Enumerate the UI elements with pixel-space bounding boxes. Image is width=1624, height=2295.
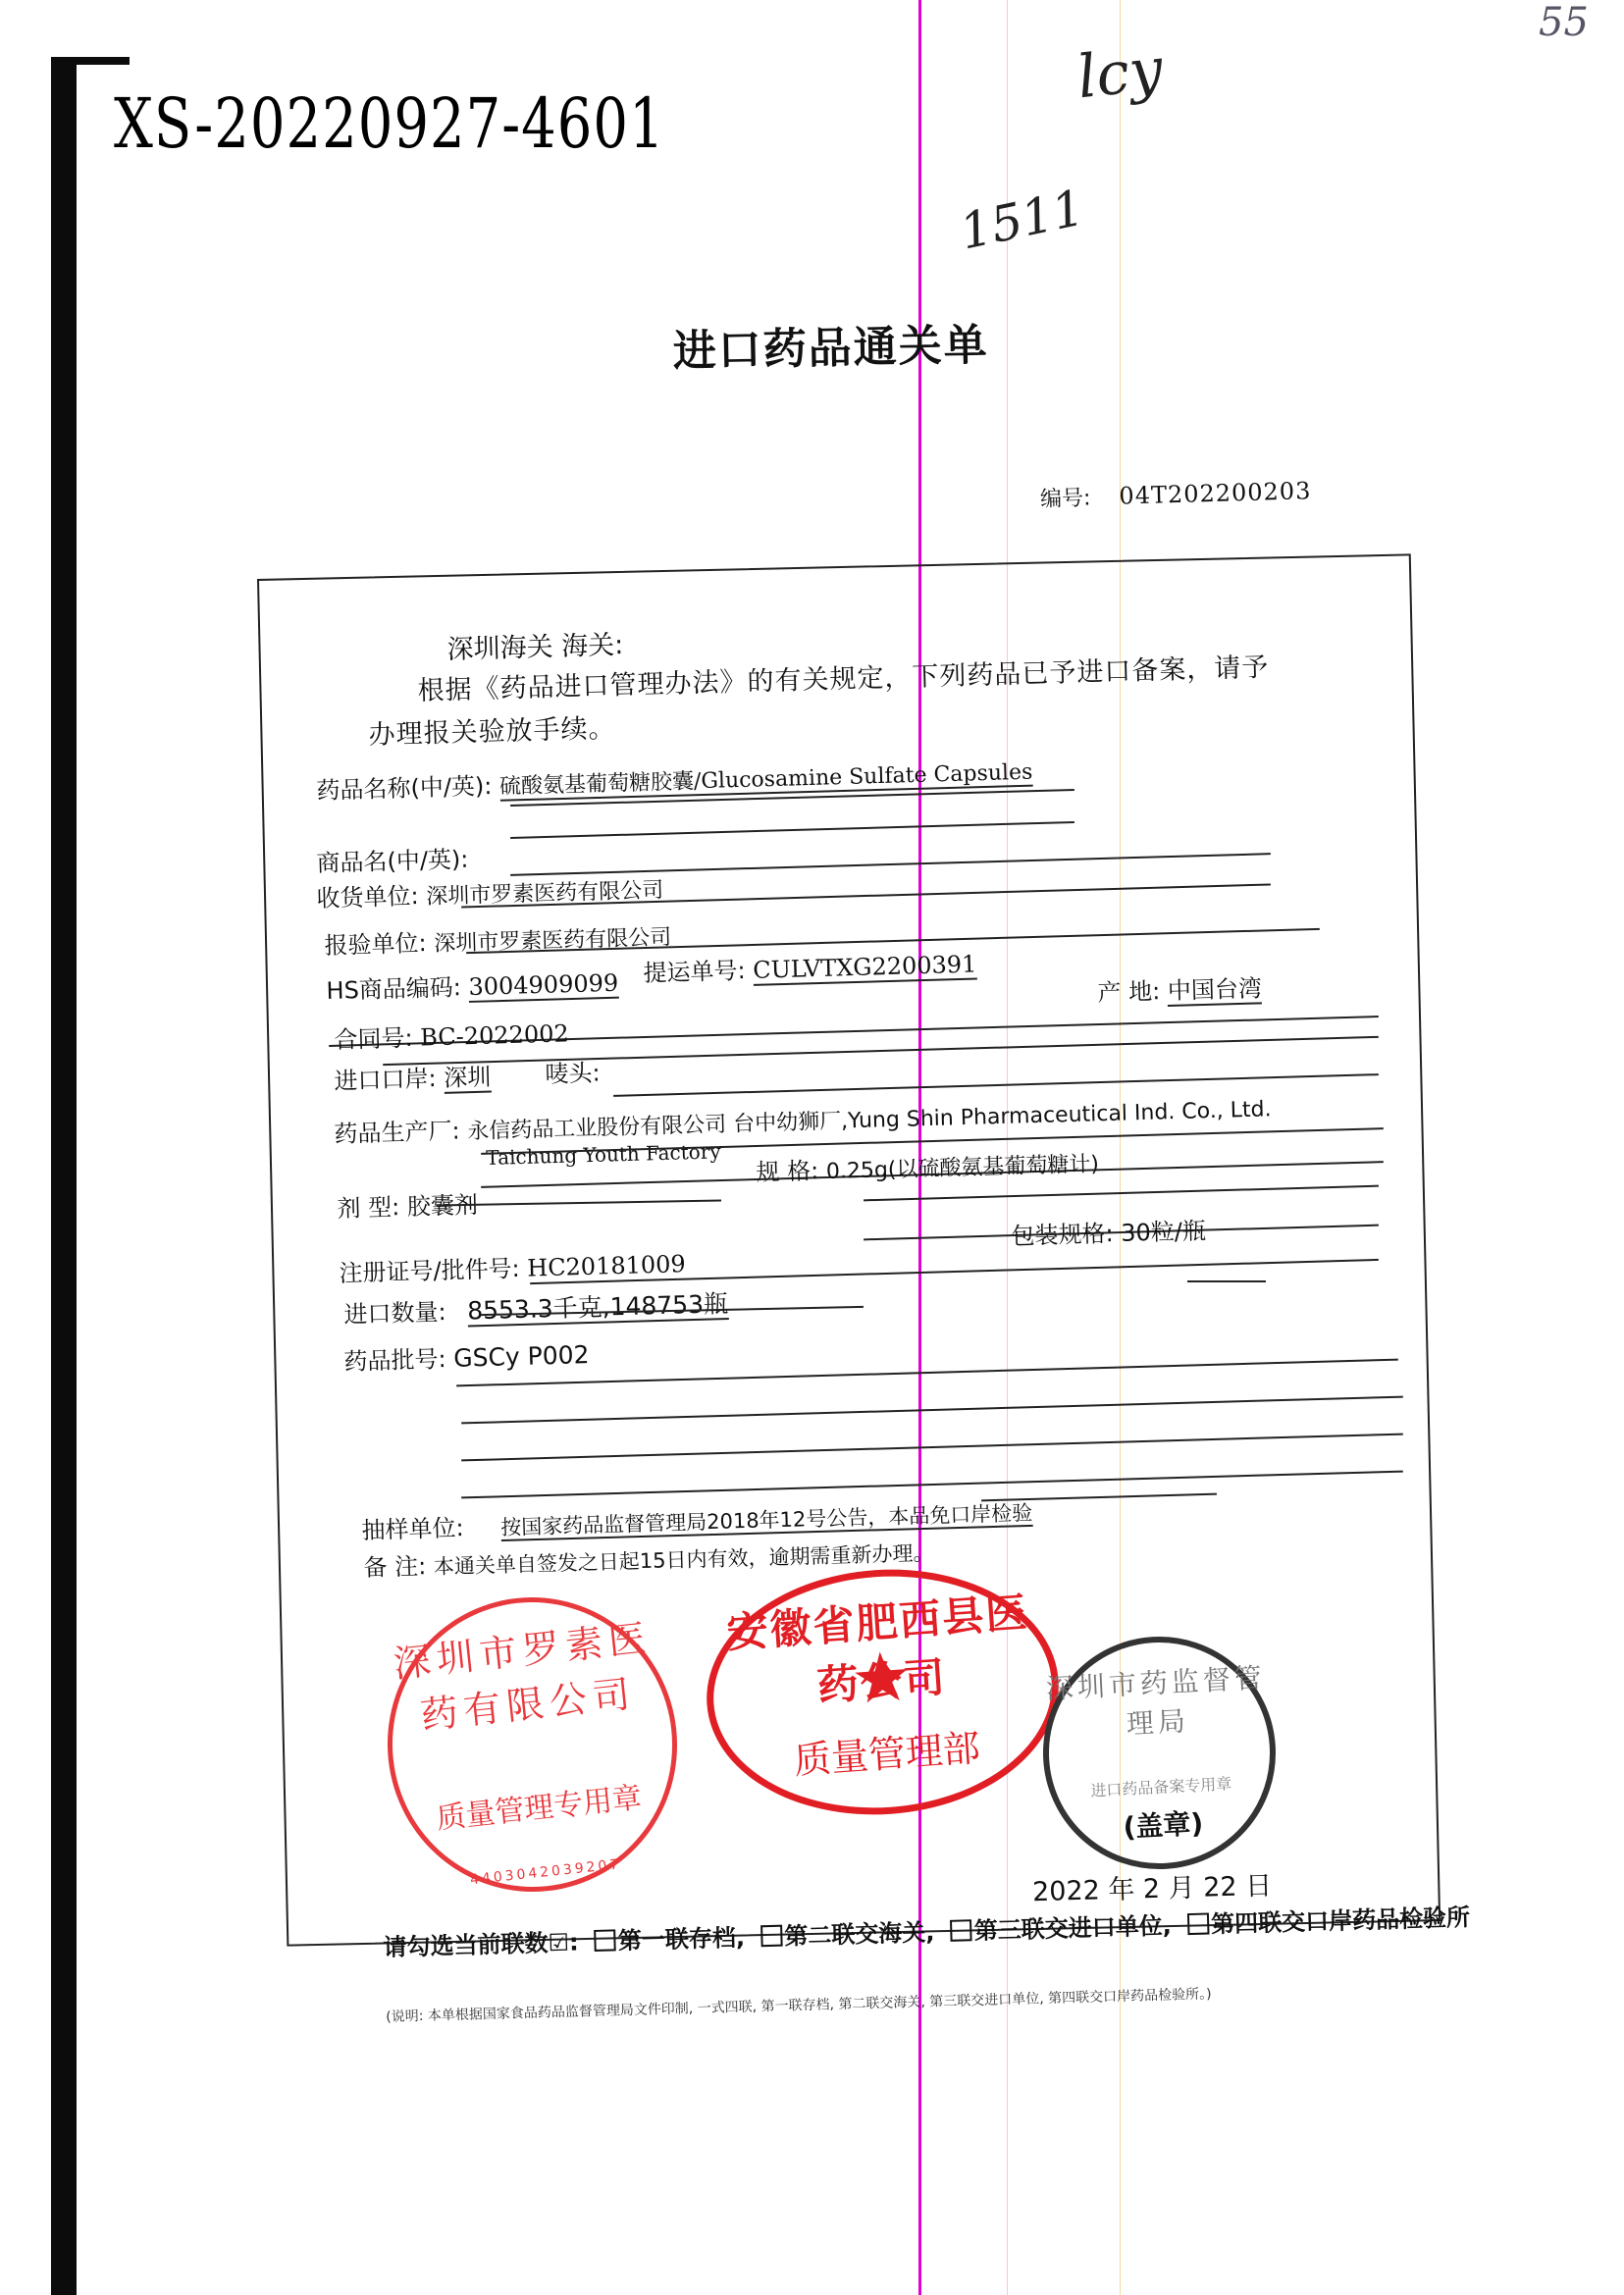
handwritten-note: 55 bbox=[1539, 0, 1589, 45]
field-hs-code: HS商品编码: 3004909099 bbox=[326, 964, 619, 1006]
copy-option-3: 第三联交进口单位, bbox=[973, 1912, 1172, 1946]
copy-option-1: 第一联存档, bbox=[618, 1924, 746, 1956]
field-contract-no: 合同号: BC-2022002 bbox=[334, 1014, 569, 1055]
field-packaging: 包装规格: 30粒/瓶 bbox=[1011, 1211, 1206, 1251]
field-origin: 产 地: 中国台湾 bbox=[1097, 968, 1262, 1008]
seal-inner-text: 质量管理专用章 bbox=[397, 1769, 680, 1842]
issue-date: 2022 年 2 月 22 日 bbox=[1032, 1864, 1273, 1908]
field-label: 进口口岸: bbox=[334, 1065, 437, 1095]
serial-label: 编号: bbox=[1040, 486, 1091, 511]
letter-greeting: 深圳海关 海关: bbox=[446, 623, 624, 666]
serial-value: 04T202200203 bbox=[1119, 477, 1312, 509]
authority-seal: 深圳市药监督管理局 进口药品备案专用章 (盖章) bbox=[1037, 1631, 1282, 1875]
copy-option-4: 第四联交口岸药品检验所 bbox=[1211, 1904, 1471, 1938]
field-label: HS商品编码: bbox=[326, 973, 461, 1005]
handwritten-note: 1511 bbox=[955, 179, 1089, 260]
footer-note: (说明: 本单根据国家食品药品监督管理局文件印制, 一式四联, 第一联存档, 第… bbox=[386, 1984, 1212, 2026]
field-value: BC-2022002 bbox=[420, 1019, 569, 1051]
serial-number: 编号: 04T202200203 bbox=[1040, 475, 1312, 513]
field-mark: 唛头: bbox=[545, 1053, 601, 1089]
field-port: 进口口岸: 深圳 bbox=[334, 1058, 492, 1096]
field-value: HC20181009 bbox=[527, 1250, 686, 1281]
field-label: 药品名称(中/英): bbox=[316, 772, 493, 805]
field-label: 进口数量: bbox=[343, 1298, 446, 1329]
field-value: 30粒/瓶 bbox=[1121, 1217, 1206, 1246]
field-value: GSCy P002 bbox=[453, 1340, 590, 1373]
checkbox-copy-4[interactable] bbox=[1187, 1912, 1210, 1935]
field-label: 抽样单位: bbox=[361, 1514, 464, 1544]
field-label: 规 格: bbox=[756, 1157, 818, 1186]
field-label: 收货单位: bbox=[316, 882, 419, 913]
scan-left-edge bbox=[51, 57, 77, 2295]
field-label: 药品批号: bbox=[343, 1345, 446, 1376]
field-batch-no: 药品批号: GSCy P002 bbox=[343, 1335, 590, 1377]
field-label: 注册证号/批件号: bbox=[339, 1255, 520, 1287]
copy-option-2: 第二联交海关, bbox=[784, 1918, 935, 1950]
copy-prompt: 请勾选当前联数☑: bbox=[383, 1928, 579, 1961]
letter-body-line2: 办理报关验放手续。 bbox=[368, 706, 616, 752]
checkbox-copy-2[interactable] bbox=[760, 1925, 783, 1948]
field-label: 提运单号: bbox=[643, 957, 746, 987]
field-value: CULVTXG2200391 bbox=[753, 951, 977, 986]
field-value: 深圳 bbox=[444, 1064, 492, 1094]
field-label: 唛头: bbox=[545, 1059, 601, 1088]
field-label: 备 注: bbox=[363, 1552, 426, 1582]
checkbox-copy-1[interactable] bbox=[595, 1929, 617, 1952]
seal-inner-text: 进口药品备案专用章 bbox=[1050, 1769, 1272, 1803]
field-label: 商品名(中/英): bbox=[316, 846, 469, 877]
field-label: 报验单位: bbox=[324, 929, 427, 960]
checkbox-copy-3[interactable] bbox=[950, 1919, 972, 1942]
field-label: 产 地: bbox=[1097, 977, 1160, 1007]
seal-name: 深圳市药监督管理局 bbox=[1044, 1656, 1269, 1747]
document-title: 进口药品通关单 bbox=[672, 309, 989, 379]
field-value: 3004909099 bbox=[468, 969, 618, 1003]
document-code: XS-20220927-4601 bbox=[114, 84, 665, 164]
underline bbox=[1187, 1280, 1266, 1282]
field-label: 剂 型: bbox=[337, 1193, 399, 1223]
field-label: 合同号: bbox=[334, 1024, 413, 1054]
field-label: 药品生产厂: bbox=[334, 1117, 460, 1148]
field-label: 包装规格: bbox=[1011, 1220, 1114, 1250]
handwritten-note: lcy bbox=[1074, 35, 1167, 113]
field-trade-name: 商品名(中/英): bbox=[316, 840, 469, 878]
scan-left-edge-corner bbox=[51, 57, 130, 65]
field-value: 中国台湾 bbox=[1167, 974, 1262, 1007]
